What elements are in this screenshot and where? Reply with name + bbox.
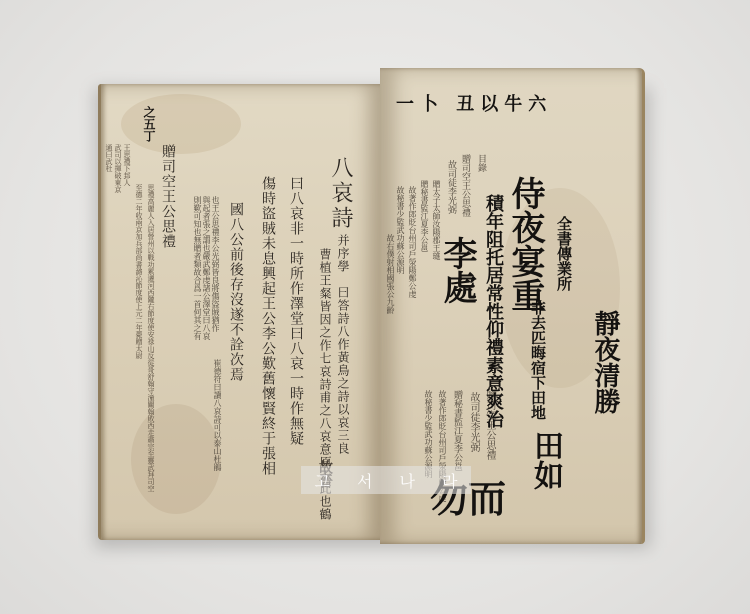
contents-item: 故秘書少監武功蘇公源明 — [396, 186, 404, 274]
contents-item: 故著作郎貶台州司戶滎陽鄭公虔 — [408, 186, 416, 298]
contents-item: 故司徒李光弼 — [468, 392, 478, 452]
far-left-note: 通曰武杜 — [105, 144, 112, 172]
handwriting-column: 全書傳業所 — [556, 216, 571, 291]
handwriting-column: 非去匹晦宿下田地 — [530, 300, 545, 420]
text-column: 傷時盜賊未息興起王公李公歎舊懷賢終于張相 — [261, 176, 275, 476]
title-note: 并序學𢸱曰答詩八作黃鳥之詩以哀三良 — [337, 234, 349, 455]
paper-stain — [121, 94, 241, 154]
top-handwriting: 一卜 丑以牛六 — [396, 90, 552, 116]
paper-stain — [131, 404, 221, 514]
contents-label: 目錄 — [476, 154, 485, 172]
handwriting-column: 田如 — [530, 430, 560, 490]
poem-group-title: 八哀詩 — [329, 156, 351, 231]
commentary-line: 則歎可知也無贈者類故合爲一首何其之有 — [193, 196, 201, 340]
handwriting-column: 積年阻托居常性仰禮素意爽治 — [484, 194, 502, 428]
watermark-char: 라 — [442, 469, 457, 492]
small-note: 崔德符曰讀八哀詩可以泰山杜鵑 — [213, 359, 221, 471]
contents-item: 贈秘書監江夏李公邕 — [452, 390, 461, 471]
handwriting-column: 靜夜清勝 — [592, 310, 618, 414]
annotation: 至德二年收兩京加兵部尚書潞沁節度使上元二年薨贈太尉 — [135, 184, 142, 524]
far-left-note: 武司以揮破東京 — [114, 144, 121, 193]
watermark-char: 나 — [400, 469, 415, 492]
annotation: 思禮高麗人入居營州以戰功累遷河西隴右節度使安祿山反從哥舒翰守潼關翰敗西走肅宗至靈… — [147, 184, 154, 524]
handwriting-large-name: 李處 — [440, 236, 474, 304]
watermark-char: 서 — [357, 469, 372, 492]
commentary-line: 與起者張之謂也嚴武鄭虔諸公澤堂曰八哀 — [202, 196, 210, 340]
watermark: 고 서 나 라 — [301, 466, 471, 494]
watermark-char: 고 — [315, 469, 330, 492]
text-column: 曰八哀非一時所作澤堂曰八哀一時作無疑 — [289, 176, 303, 446]
poem-title: 贈司空王公思禮 — [161, 144, 175, 249]
far-left-note: 王思禮下邽人 — [123, 144, 130, 186]
text-column: 國八公前後存沒遂不詮次焉 — [229, 202, 243, 382]
commentary-line: 也王公思禮李公光弼皆良將傷盜賊猶作 — [211, 196, 219, 332]
contents-item: 贈司空王公思禮 — [460, 154, 469, 217]
contents-item: 故右僕射相國張公九齡 — [386, 234, 394, 314]
open-book: 之五丁 八哀詩 并序學𢸱曰答詩八作黃鳥之詩以哀三良 曹植王粲皆因之作七哀詩甫之八… — [0, 0, 750, 614]
handwriting-large: 侍夜宴重 — [508, 176, 542, 312]
corner-note: 之五丁 — [143, 106, 155, 142]
contents-item: 贈秘書監江夏李公邕 — [420, 180, 428, 252]
contents-item: 故秘書少監武功蘇公源明 — [424, 390, 432, 478]
contents-item: 故司徒李光弼 — [446, 160, 455, 214]
